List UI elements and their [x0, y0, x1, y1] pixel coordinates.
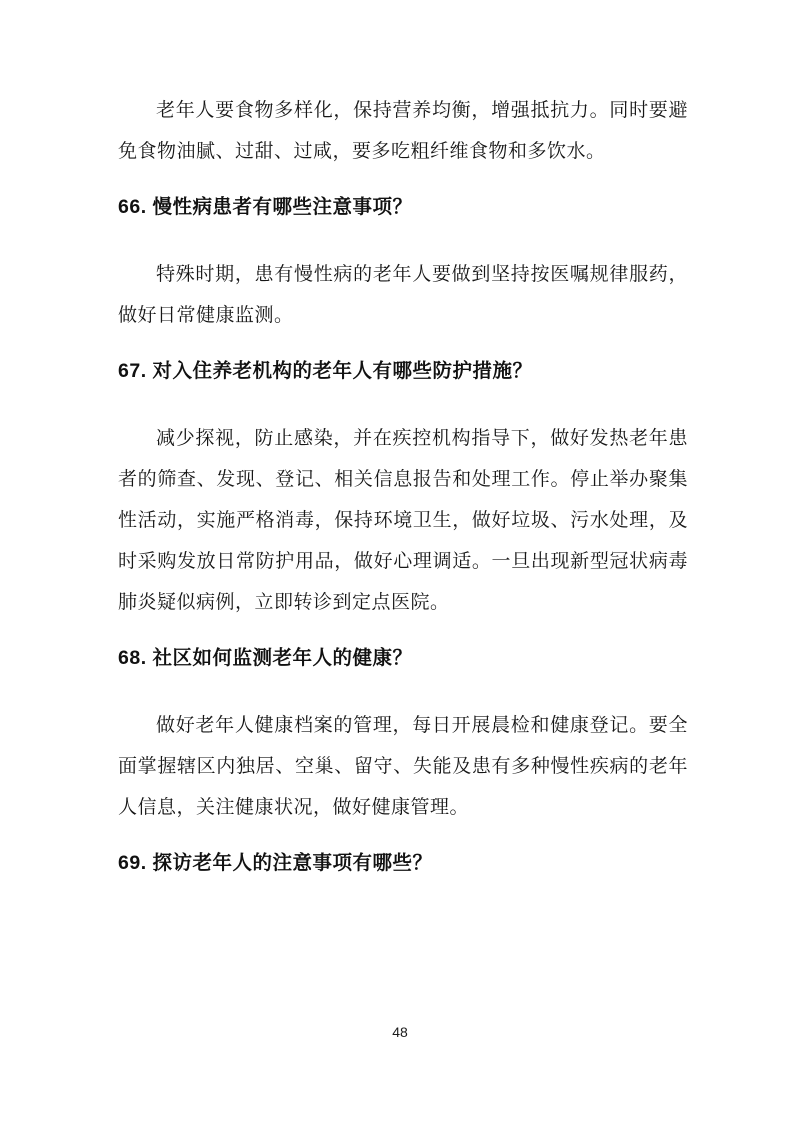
section-heading-67: 67. 对入住养老机构的老年人有哪些防护措施？	[118, 351, 688, 392]
section-body-67: 减少探视，防止感染，并在疾控机构指导下，做好发热老年患者的筛查、发现、登记、相关…	[118, 418, 688, 623]
document-content: 老年人要食物多样化，保持营养均衡，增强抵抗力。同时要避免食物油腻、过甜、过咸，要…	[118, 90, 688, 884]
section-body-66: 特殊时期，患有慢性病的老年人要做到坚持按医嘱规律服药，做好日常健康监测。	[118, 254, 688, 336]
intro-paragraph: 老年人要食物多样化，保持营养均衡，增强抵抗力。同时要避免食物油腻、过甜、过咸，要…	[118, 90, 688, 172]
section-heading-68: 68. 社区如何监测老年人的健康？	[118, 638, 688, 679]
section-heading-66: 66. 慢性病患者有哪些注意事项？	[118, 187, 688, 228]
page-number: 48	[0, 1024, 800, 1040]
document-page: 老年人要食物多样化，保持营养均衡，增强抵抗力。同时要避免食物油腻、过甜、过咸，要…	[0, 0, 800, 1131]
section-body-68: 做好老年人健康档案的管理，每日开展晨检和健康登记。要全面掌握辖区内独居、空巢、留…	[118, 705, 688, 828]
section-heading-69: 69. 探访老年人的注意事项有哪些？	[118, 843, 688, 884]
